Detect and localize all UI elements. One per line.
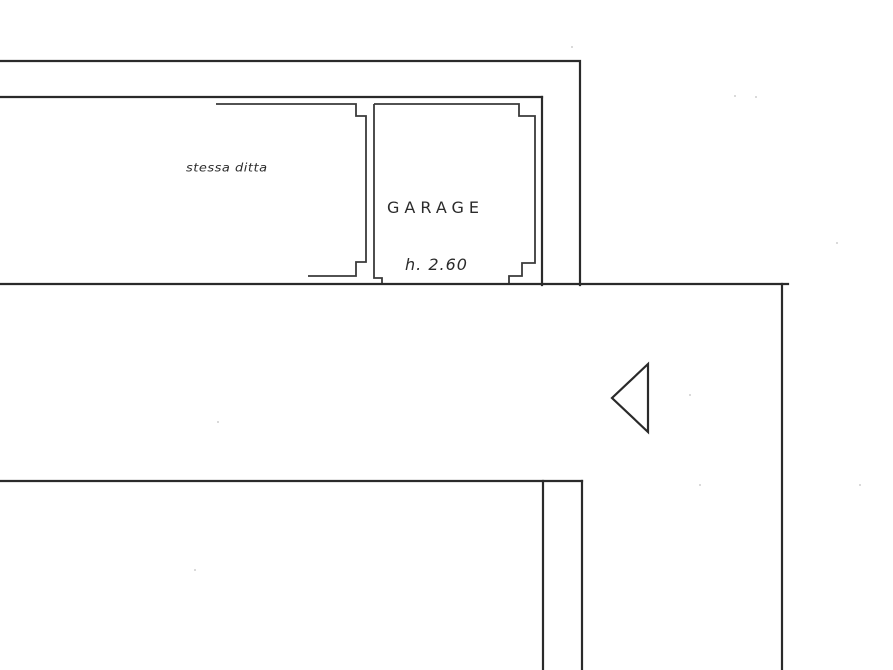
- floor-plan: [0, 0, 893, 670]
- section-arrow-icon: [612, 364, 648, 432]
- neighbor-room-walls: [216, 104, 366, 276]
- courtyard-top-wall: [0, 284, 788, 670]
- scan-noise: [194, 46, 861, 571]
- neighbor-room-label: stessa ditta: [186, 162, 268, 175]
- lower-building-walls: [0, 481, 582, 670]
- garage-room-label: GARAGE: [387, 198, 484, 217]
- garage-height-label: h. 2.60: [405, 255, 468, 274]
- outer-wall: [0, 61, 580, 285]
